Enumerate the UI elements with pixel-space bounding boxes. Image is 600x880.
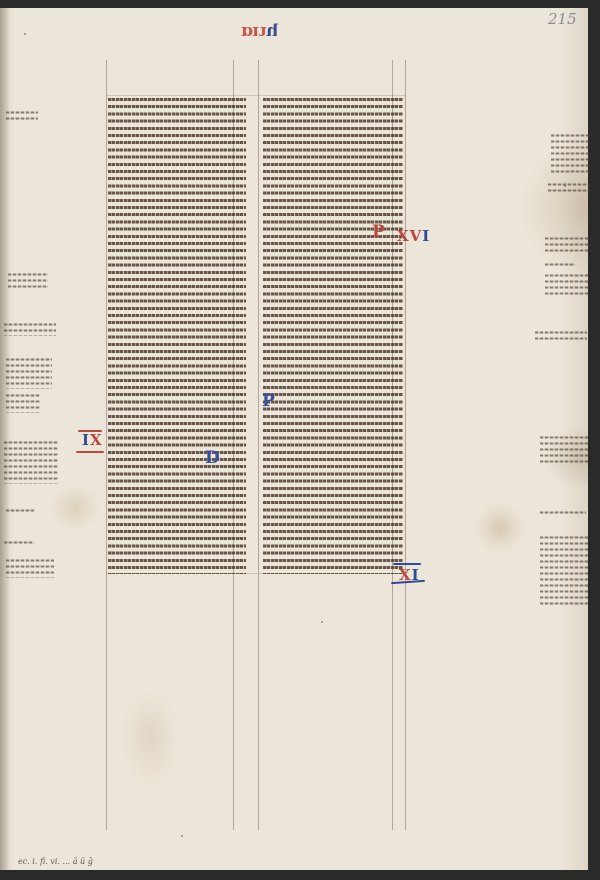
running-head-blue: ɥ xyxy=(266,22,278,42)
text-column-right xyxy=(263,96,403,574)
chapter-rule xyxy=(393,563,421,565)
ruling-line xyxy=(258,60,259,830)
initial-p-red: P xyxy=(372,224,385,241)
marginal-gloss xyxy=(545,273,589,297)
marginal-gloss xyxy=(540,535,588,607)
marginal-gloss xyxy=(4,540,34,546)
marginal-gloss xyxy=(540,510,586,516)
marginal-gloss xyxy=(545,236,591,254)
marginal-gloss xyxy=(6,110,38,120)
running-head-red: ɒıɿ xyxy=(241,22,266,42)
marginal-gloss xyxy=(535,330,587,342)
chapter-rule xyxy=(76,451,104,453)
marginal-gloss xyxy=(6,558,54,578)
speck xyxy=(564,185,566,187)
running-head: ɒıɿɥ xyxy=(241,22,278,42)
folio-number: 215 xyxy=(548,10,577,28)
marginal-gloss xyxy=(6,357,52,389)
marginal-gloss xyxy=(548,182,590,194)
chapter-number-xvi: XVI xyxy=(397,227,430,245)
marginal-gloss xyxy=(4,440,58,484)
bottom-margin-note: ec. i. fi. vi. ... ā ū ḡ xyxy=(18,857,93,866)
initial-d: D xyxy=(205,450,220,467)
marginal-gloss xyxy=(6,508,34,514)
ruling-line xyxy=(405,60,406,830)
marginal-gloss xyxy=(551,133,591,175)
chapter-number-ix: IX xyxy=(82,431,103,449)
initial-p-blue: P xyxy=(262,393,275,410)
speck xyxy=(321,621,323,623)
ruling-line xyxy=(106,60,107,830)
chapter-rule xyxy=(78,430,102,432)
gutter-shadow xyxy=(0,8,10,870)
marginal-gloss xyxy=(4,322,56,336)
marginal-gloss xyxy=(545,262,575,268)
text-column-left xyxy=(108,96,246,574)
marginal-gloss xyxy=(6,393,40,413)
speck xyxy=(24,33,26,35)
speck xyxy=(181,835,183,837)
marginal-gloss xyxy=(8,272,48,288)
marginal-gloss xyxy=(540,435,588,463)
